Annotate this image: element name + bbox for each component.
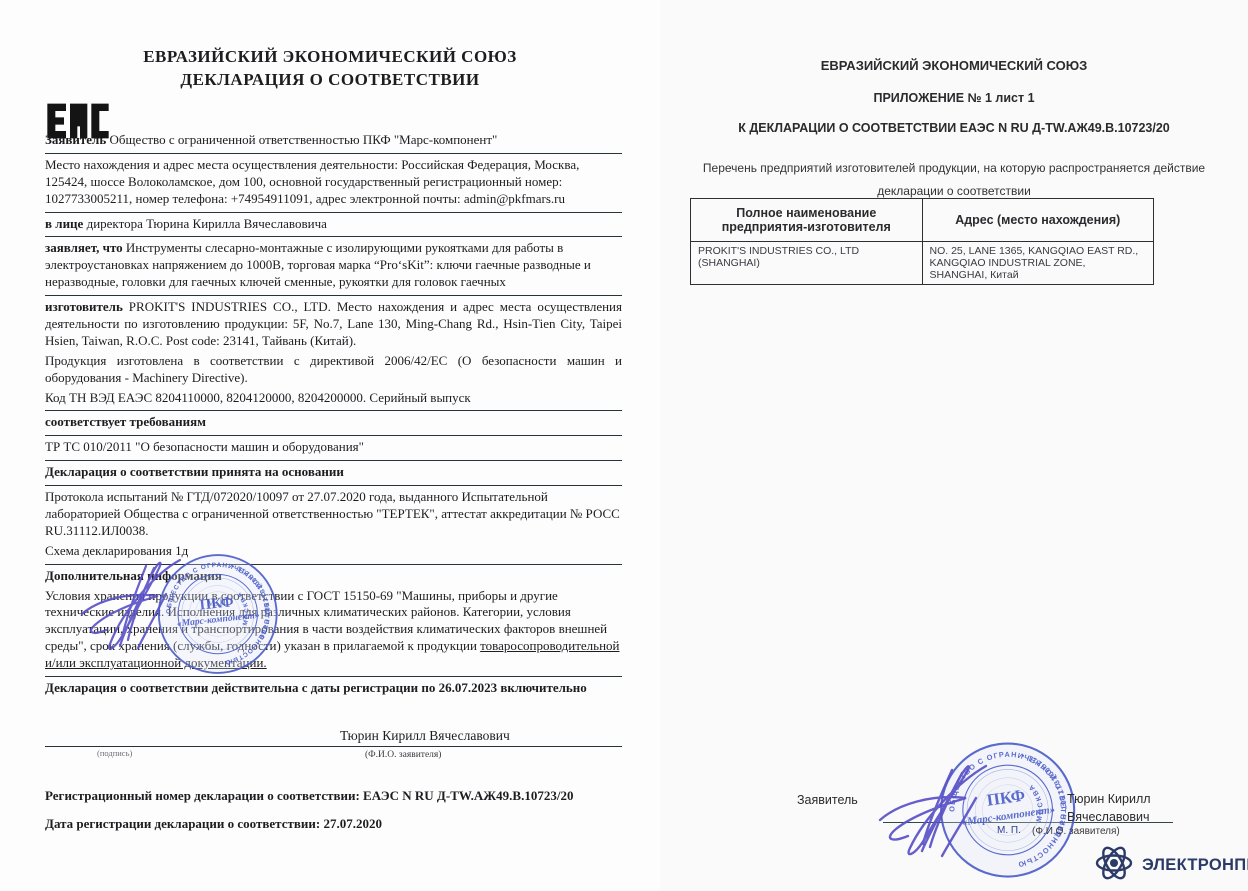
divider [45, 676, 622, 677]
manufacturer-paragraph: изготовитель PROKIT'S INDUSTRIES CO., LT… [45, 298, 622, 352]
right-page-header: ЕВРАЗИЙСКИЙ ЭКОНОМИЧЕСКИЙ СОЮЗ ПРИЛОЖЕНИ… [670, 58, 1238, 207]
fio-caption: (Ф.И.О. заявителя) [365, 749, 441, 761]
declares-paragraph: заявляет, что Инструменты слесарно-монта… [45, 239, 622, 293]
address-paragraph: Место нахождения и адрес места осуществл… [45, 156, 622, 210]
title-line2: ДЕКЛАРАЦИЯ О СООТВЕТСТВИИ [0, 69, 660, 92]
divider [45, 485, 622, 486]
applicant-label: Заявитель [797, 793, 858, 807]
rp-annex: ПРИЛОЖЕНИЕ № 1 лист 1 [670, 91, 1238, 105]
declares-text: Инструменты слесарно-монтажные с изолиру… [45, 240, 591, 289]
rp-caption-line2: декларации о соответствии [670, 184, 1238, 198]
divider [45, 460, 622, 461]
applicant-line: Заявитель Общество с ограниченной ответс… [45, 131, 622, 151]
divider [45, 212, 622, 213]
complies-header: соответствует требованиям [45, 413, 622, 433]
production-paragraph: Продукция изготовлена в соответствии с д… [45, 352, 622, 389]
complies-text: ТР ТС 010/2011 "О безопасности машин и о… [45, 438, 622, 458]
signatory-name-line1: Тюрин Кирилл [1067, 790, 1151, 808]
scanned-declaration-document: ЕВРАЗИЙСКИЙ ЭКОНОМИЧЕСКИЙ СОЮЗ ДЕКЛАРАЦИ… [0, 0, 1248, 891]
fio-caption: (Ф.И.О. заявителя) [1032, 826, 1120, 837]
rp-to-declaration: К ДЕКЛАРАЦИИ О СООТВЕТСТВИИ ЕАЭС N RU Д-… [670, 121, 1238, 135]
signature-line [45, 746, 622, 747]
divider [45, 410, 622, 411]
rp-title: ЕВРАЗИЙСКИЙ ЭКОНОМИЧЕСКИЙ СОЮЗ [670, 58, 1238, 73]
applicant-label: Заявитель [45, 132, 106, 147]
basis-paragraph: Протокола испытаний № ГТД/072020/10097 о… [45, 488, 622, 542]
rp-caption-line1: Перечень предприятий изготовителей проду… [670, 161, 1238, 175]
handwritten-signature [62, 552, 212, 662]
handwritten-signature [858, 748, 1028, 868]
in-person-line: в лице директора Тюрина Кирилла Вячеслав… [45, 215, 622, 235]
signatory-name: Тюрин Кирилл Вячеславович [340, 727, 510, 745]
table-header-address: Адрес (место нахождения) [922, 199, 1154, 242]
manufacturers-table: Полное наименование предприятия-изготови… [690, 198, 1154, 285]
divider [45, 153, 622, 154]
manufacturer-label: изготовитель [45, 299, 123, 314]
table-row: PROKIT'S INDUSTRIES CO., LTD (SHANGHAI) … [691, 242, 1154, 285]
divider [45, 295, 622, 296]
table-cell-name: PROKIT'S INDUSTRIES CO., LTD (SHANGHAI) [691, 242, 923, 285]
validity-line: Декларация о соответствии действительна … [45, 679, 622, 699]
signature-caption: (подпись) [97, 748, 132, 759]
registration-number-line: Регистрационный номер декларации о соотв… [45, 787, 622, 807]
table-cell-address: NO. 25, LANE 1365, KANGQIAO EAST RD., KA… [922, 242, 1154, 285]
left-page-body: Заявитель Общество с ограниченной ответс… [45, 131, 622, 835]
table-header-row: Полное наименование предприятия-изготови… [691, 199, 1154, 242]
mp-label: М. П. [207, 598, 228, 608]
signatory-name: Тюрин Кирилл Вячеславович [1067, 790, 1151, 826]
basis-header: Декларация о соответствии принята на осн… [45, 463, 622, 483]
left-signature-zone: Тюрин Кирилл Вячеславович (Ф.И.О. заявит… [45, 699, 622, 787]
atom-icon [1093, 842, 1135, 889]
title-line1: ЕВРАЗИЙСКИЙ ЭКОНОМИЧЕСКИЙ СОЮЗ [0, 46, 660, 69]
divider [45, 435, 622, 436]
mp-label: М. П. [997, 825, 1021, 836]
signatory-name-line2: Вячеславович [1067, 808, 1151, 826]
manufacturer-text: PROKIT'S INDUSTRIES CO., LTD. Место нахо… [45, 299, 622, 348]
left-page-title: ЕВРАЗИЙСКИЙ ЭКОНОМИЧЕСКИЙ СОЮЗ ДЕКЛАРАЦИ… [0, 46, 660, 92]
in-person-label: в лице [45, 216, 83, 231]
applicant-text: Общество с ограниченной ответственностью… [106, 132, 497, 147]
declares-label: заявляет, что [45, 240, 123, 255]
electronpribor-watermark: ЭЛЕКТРОНПРИБОР [1093, 842, 1248, 889]
table-header-name: Полное наименование предприятия-изготови… [691, 199, 923, 242]
watermark-label: ЭЛЕКТРОНПРИБОР [1142, 856, 1248, 875]
tnved-code-line: Код ТН ВЭД ЕАЭС 8204110000, 8204120000, … [45, 389, 622, 409]
registration-date-line: Дата регистрации декларации о соответств… [45, 815, 622, 835]
in-person-text: директора Тюрина Кирилла Вячеславовича [83, 216, 327, 231]
divider [45, 236, 622, 237]
